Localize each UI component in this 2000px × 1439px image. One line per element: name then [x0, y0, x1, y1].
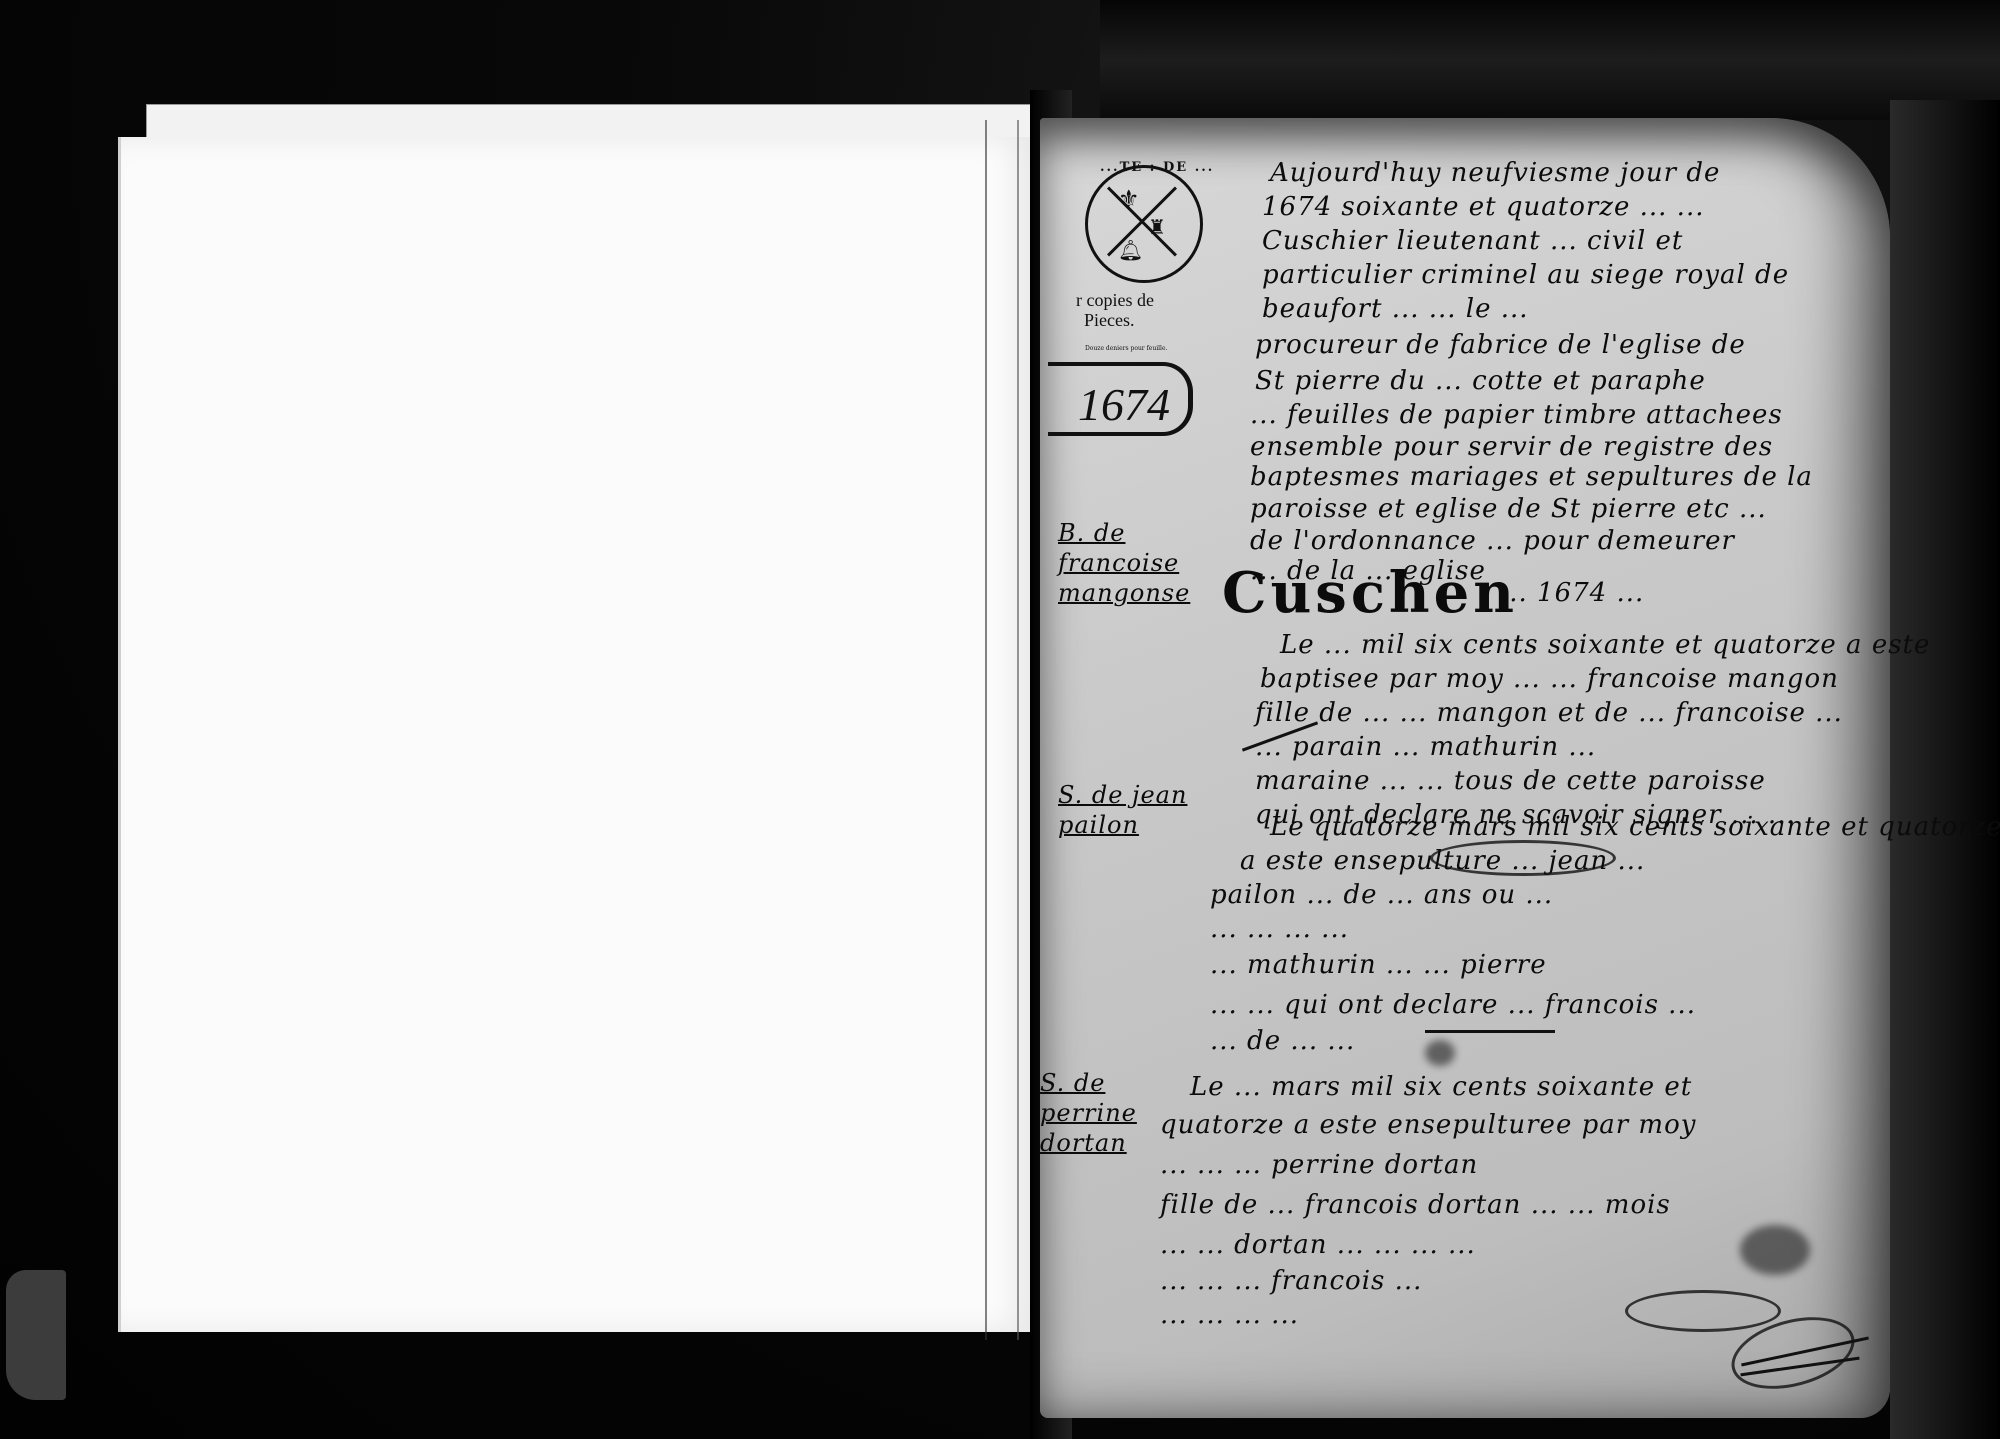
- year-label: 1674: [1078, 378, 1170, 431]
- manuscript-line: ... feuilles de papier timbre attachees: [1250, 400, 1783, 430]
- bell-icon: 🔔︎: [1118, 238, 1143, 262]
- manuscript-line: Le ... mars mil six cents soixante et: [1190, 1072, 1692, 1102]
- manuscript-line: a este ensepulture ... jean ...: [1240, 846, 1645, 876]
- manuscript-line: Aujourd'huy neufviesme jour de: [1270, 158, 1720, 188]
- binding-right-edge: [1890, 100, 2000, 1439]
- manuscript-line: beaufort ... ... le ...: [1262, 294, 1529, 324]
- manuscript-line: Le quatorze mars mil six cents soixante …: [1270, 812, 2000, 842]
- stamp-fineprint: Douze deniers pour feuille.: [1085, 345, 1167, 352]
- margin-note-baptism: B. de francoise mangonse: [1058, 518, 1198, 608]
- page-edge-stack: [985, 120, 1019, 1340]
- manuscript-line: ensemble pour servir de registre des: [1250, 432, 1773, 462]
- manuscript-line: paroisse et eglise de St pierre etc ...: [1250, 494, 1767, 524]
- manuscript-line: particulier criminel au siege royal de: [1262, 260, 1789, 290]
- manuscript-line: ... ... ... perrine dortan: [1160, 1150, 1478, 1180]
- ink-cross-mark: [1425, 1040, 1455, 1066]
- binding-top-strip: [1100, 0, 2000, 120]
- manuscript-line: St pierre du ... cotte et paraphe: [1255, 366, 1706, 396]
- margin-note-burial: S. de jean pailon: [1058, 780, 1198, 840]
- manuscript-line: baptisee par moy ... ... francoise mango…: [1260, 664, 1839, 694]
- left-blank-page: [118, 137, 1036, 1332]
- manuscript-line: baptesmes mariages et sepultures de la: [1250, 462, 1813, 492]
- ink-stroke: [1425, 1030, 1555, 1033]
- manuscript-line: maraine ... ... tous de cette paroisse: [1255, 766, 1766, 796]
- fleur-de-lis-icon: ⚜: [1118, 185, 1140, 213]
- ink-blot: [1740, 1225, 1810, 1275]
- manuscript-line: pailon ... de ... ans ou ...: [1210, 880, 1553, 910]
- register-heading: Cuschen: [1222, 560, 1518, 626]
- register-heading-suffix: ... 1674 ...: [1500, 578, 1644, 608]
- stamp-caption: r copies de Pieces.: [1076, 290, 1154, 330]
- signature-flourish: [1625, 1290, 1781, 1332]
- margin-note-burial: S. de perrine dortan: [1040, 1068, 1180, 1158]
- manuscript-line: Le ... mil six cents soixante et quatorz…: [1280, 630, 1930, 660]
- manuscript-line: ... ... qui ont declare ... francois ...: [1210, 990, 1696, 1020]
- tower-icon: ♜: [1148, 215, 1166, 239]
- torn-paper-scrap: [6, 1270, 66, 1400]
- manuscript-line: ... de ... ...: [1210, 1026, 1355, 1056]
- manuscript-line: ... ... ... ...: [1160, 1300, 1299, 1330]
- manuscript-line: procureur de fabrice de l'eglise de: [1255, 330, 1746, 360]
- manuscript-line: ... parain ... mathurin ...: [1255, 732, 1596, 762]
- manuscript-line: quatorze a este ensepulturee par moy: [1160, 1110, 1696, 1140]
- manuscript-line: 1674 soixante et quatorze ... ...: [1262, 192, 1704, 222]
- manuscript-line: ... ... dortan ... ... ... ...: [1160, 1230, 1476, 1260]
- manuscript-line: fille de ... francois dortan ... ... moi…: [1160, 1190, 1671, 1220]
- manuscript-line: ... ... ... ...: [1210, 914, 1349, 944]
- stamp-legend: ...TE : DE ...: [1100, 160, 1214, 175]
- manuscript-line: ... ... ... francois ...: [1160, 1266, 1422, 1296]
- manuscript-line: fille de ... ... mangon et de ... franco…: [1255, 698, 1843, 728]
- manuscript-line: ... mathurin ... ... pierre: [1210, 950, 1547, 980]
- manuscript-line: Cuschier lieutenant ... civil et: [1262, 226, 1683, 256]
- manuscript-line: de l'ordonnance ... pour demeurer: [1250, 526, 1735, 556]
